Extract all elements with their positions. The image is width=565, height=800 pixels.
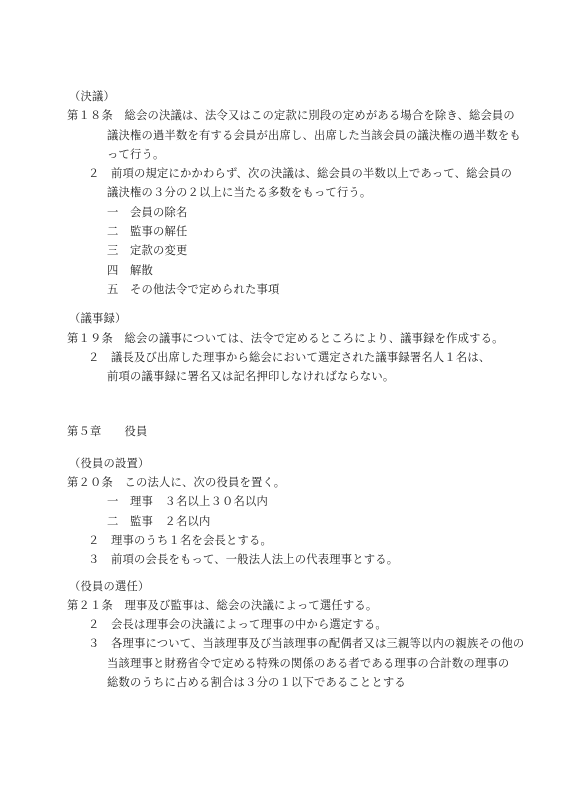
list-item-line: 一 理事 ３名以上３０名以内 (107, 493, 510, 512)
article-line: 第１８条 総会の決議は、法令又はこの定款に別段の定めがある場合を除き、総会員の (67, 107, 510, 126)
spacer (67, 571, 510, 578)
paragraph-line: ２ 議長及び出席した理事から総会において選定された議事録署名人１名は、 (88, 349, 510, 368)
section-heading: （決議） (69, 88, 510, 107)
continuation-line: 総数のうちに占める割合は３分の１以下であることとする (107, 674, 510, 693)
section-heading: （議事録） (69, 310, 510, 329)
spacer (67, 443, 510, 455)
list-item-line: 一 会員の除名 (107, 204, 510, 223)
spacer (67, 300, 510, 310)
chapter-heading: 第５章 役員 (67, 423, 510, 442)
continuation-line: 前項の議事録に署名又は記名押印しなければならない。 (107, 368, 510, 387)
list-item-line: 五 その他法令で定められた事項 (107, 281, 510, 300)
spacer (67, 387, 510, 423)
continuation-line: 当該理事と財務省令で定める特殊の関係のある者である理事の合計数の理事の (107, 655, 510, 674)
paragraph-line: ３ 各理事について、当該理事及び当該理事の配偶者又は三親等以内の親族その他の (88, 635, 510, 654)
paragraph-line: ２ 前項の規定にかかわらず、次の決議は、総会員の半数以上であって、総会員の (88, 165, 510, 184)
article-line: 第２０条 この法人に、次の役員を置く。 (67, 474, 510, 493)
article-line: 第２１条 理事及び監事は、総会の決議によって選任する。 (67, 597, 510, 616)
paragraph-line: ３ 前項の会長をもって、一般法人法上の代表理事とする。 (88, 551, 510, 570)
document-page: （決議）第１８条 総会の決議は、法令又はこの定款に別段の定めがある場合を除き、総… (0, 0, 565, 800)
article-line: 第１９条 総会の議事については、法令で定めるところにより、議事録を作成する。 (67, 330, 510, 349)
continuation-line: 議決権の３分の２以上に当たる多数をもって行う。 (107, 184, 510, 203)
section-heading: （役員の選任） (69, 578, 510, 597)
paragraph-line: ２ 会長は理事会の決議によって理事の中から選定する。 (88, 616, 510, 635)
list-item-line: 二 監事の解任 (107, 223, 510, 242)
list-item-line: 四 解散 (107, 262, 510, 281)
continuation-line: って行う。 (107, 146, 510, 165)
paragraph-line: ２ 理事のうち１名を会長とする。 (88, 532, 510, 551)
list-item-line: 三 定款の変更 (107, 242, 510, 261)
document-body: （決議）第１８条 総会の決議は、法令又はこの定款に別段の定めがある場合を除き、総… (67, 88, 510, 693)
continuation-line: 議決権の過半数を有する会員が出席し、出席した当該会員の議決権の過半数をも (107, 127, 510, 146)
section-heading: （役員の設置） (69, 455, 510, 474)
list-item-line: 二 監事 ２名以内 (107, 513, 510, 532)
